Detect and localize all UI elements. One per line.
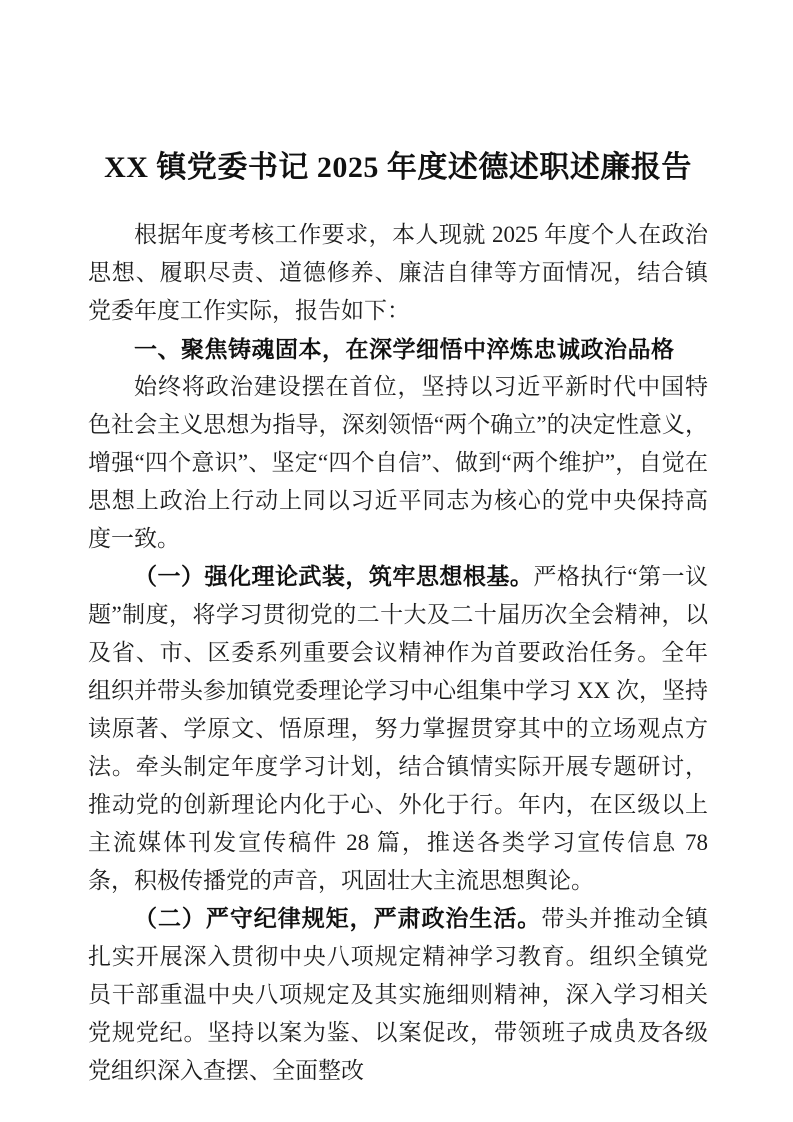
section-1-body-paragraph: 始终将政治建设摆在首位，坚持以习近平新时代中国特色社会主义思想为指导，深刻领悟“… [88, 368, 708, 558]
document-page: XX 镇党委书记 2025 年度述德述职述廉报告 根据年度考核工作要求，本人现就… [0, 0, 793, 1122]
subsection-2-paragraph: （二）严守纪律规矩，严肃政治生活。带头并推动全镇扎实开展深入贯彻中央八项规定精神… [88, 900, 708, 1090]
subsection-1-lead: （一）强化理论武装，筑牢思想根基。 [134, 564, 533, 589]
subsection-1-paragraph: （一）强化理论武装，筑牢思想根基。严格执行“第一议题”制度，将学习贯彻党的二十大… [88, 558, 708, 900]
intro-paragraph: 根据年度考核工作要求，本人现就 2025 年度个人在政治思想、履职尽责、道德修养… [88, 216, 708, 330]
page-number: — 1 — [590, 1010, 665, 1040]
document-title: XX 镇党委书记 2025 年度述德述职述廉报告 [88, 146, 708, 190]
section-1-heading: 一、聚焦铸魂固本，在深学细悟中淬炼忠诚政治品格 [88, 330, 708, 368]
document-content: XX 镇党委书记 2025 年度述德述职述廉报告 根据年度考核工作要求，本人现就… [88, 146, 708, 1090]
subsection-1-text: 严格执行“第一议题”制度，将学习贯彻党的二十大及二十届历次全会精神，以及省、市、… [88, 564, 708, 893]
subsection-2-lead: （二）严守纪律规矩，严肃政治生活。 [134, 906, 541, 931]
subsection-2-text: 带头并推动全镇扎实开展深入贯彻中央八项规定精神学习教育。组织全镇党员干部重温中央… [88, 906, 708, 1083]
